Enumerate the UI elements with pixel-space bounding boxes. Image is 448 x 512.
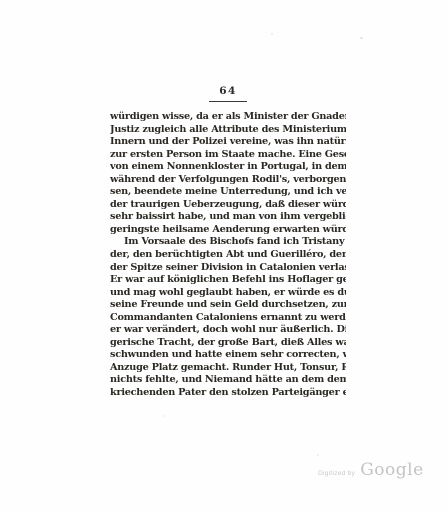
text-line: sehr baissirt habe, und man von ihm verg… — [110, 211, 346, 224]
scanned-book-page: 64 würdigen wisse, da er als Minister de… — [0, 0, 448, 512]
scan-speck — [317, 454, 319, 456]
page-number-rule — [209, 101, 247, 102]
text-line: und mag wohl geglaubt haben, er würde es… — [110, 287, 346, 300]
scan-speck — [116, 316, 118, 318]
text-line: gerische Tracht, der große Bart, dieß Al… — [110, 337, 346, 350]
text-line: Er war auf königlichen Befehl ins Hoflag… — [110, 274, 346, 287]
text-line: Justiz zugleich alle Attribute des Minis… — [110, 124, 346, 137]
text-line: Im Vorsaale des Bischofs fand ich Trista… — [110, 236, 346, 249]
text-line: der traurigen Ueberzeugung, daß dieser w… — [110, 199, 346, 212]
paragraph-continuation: würdigen wisse, da er als Minister der G… — [110, 111, 346, 236]
text-line: Anzuge Platz gemacht. Runder Hut, Tonsur… — [110, 362, 346, 375]
text-line: nichts fehlte, und Niemand hätte an dem … — [110, 374, 346, 387]
scan-speck — [360, 37, 363, 39]
text-line: seine Freunde und sein Geld durchsetzen,… — [110, 299, 346, 312]
page-text-block: würdigen wisse, da er als Minister der G… — [110, 111, 346, 400]
paragraph-new: Im Vorsaale des Bischofs fand ich Trista… — [110, 236, 346, 399]
text-line: er war verändert, doch wohl nur äußerlic… — [110, 324, 346, 337]
scan-speck — [271, 33, 273, 35]
text-line: zur ersten Person im Staate mache. Eine … — [110, 149, 346, 162]
text-line: geringste heilsame Aenderung erwarten wü… — [110, 224, 346, 237]
page-header: 64 — [110, 79, 346, 102]
digitized-by-label: Digitized by — [318, 470, 355, 477]
text-line: der Spitze seiner Division in Catalonien… — [110, 262, 346, 275]
text-line: würdigen wisse, da er als Minister der G… — [110, 111, 346, 124]
text-line: schwunden und hatte einem sehr correcten… — [110, 349, 346, 362]
text-line: während der Verfolgungen Rodil's, verbor… — [110, 174, 346, 187]
text-line: sen, beendete meine Unterredung, und ich… — [110, 186, 346, 199]
text-line: kriechenden Pater den stolzen Parteigäng… — [110, 387, 346, 400]
text-line: Innern und der Polizei vereine, was ihn … — [110, 136, 346, 149]
text-line: von einem Nonnenkloster in Portugal, in … — [110, 161, 346, 174]
google-logo: Google — [360, 460, 423, 480]
text-line: Commandanten Cataloniens ernannt zu werd… — [110, 312, 346, 325]
google-watermark: Digitized by Google — [318, 460, 424, 480]
text-line: der, den berüchtigten Abt und Guerilléro… — [110, 249, 346, 262]
scan-speck — [163, 415, 165, 417]
page-number: 64 — [219, 85, 237, 97]
